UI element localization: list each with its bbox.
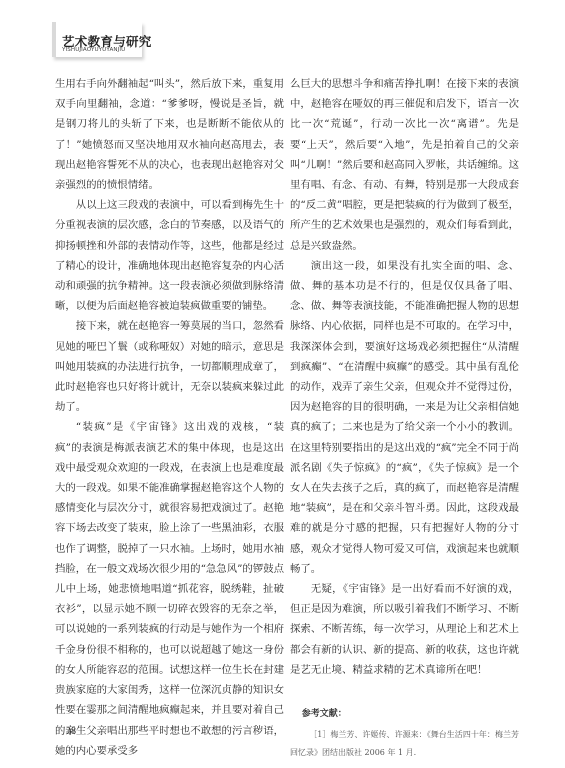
paragraph: “装疯”是《宇宙锋》这出戏的戏核，“装疯”的表演是梅派表演艺术的集中体现，也是这… [55, 417, 284, 760]
paragraph: 演出这一段，如果没有扎实全面的唱、念、做、舞的基本功是不行的，但是仅仅具备了唱、… [290, 256, 519, 579]
paragraph: 接下来，就在赵艳容一筹莫展的当口，忽然看见她的哑巴丫鬟（或称哑奴）对她的暗示，意… [55, 316, 284, 417]
page-number: 38 [66, 726, 76, 737]
right-column: 么巨大的思想斗争和痛苦挣扎啊！在接下来的表演中，赵艳容在哑奴的再三催促和启发下，… [290, 74, 519, 762]
paragraph: 无疑，《宇宙锋》是一出好看而不好演的戏，但正是因为难演，所以吸引着我们不断学习、… [290, 579, 519, 680]
journal-pinyin: YISHUJIAOYUYUYANJIU [62, 47, 125, 53]
journal-header: 艺术教育与研究 YISHUJIAOYUYUYANJIU [52, 22, 142, 57]
paragraph: 从以上这三段戏的表演中，可以看到梅先生十分重视表演的层次感，念白的节奏感，以及语… [55, 195, 284, 316]
paragraph: 生用右手向外翻袖起“叫头”，然后放下来，重复用双手向里翻袖，念道：“爹爹呀，慢说… [55, 74, 284, 195]
paragraph: 么巨大的思想斗争和痛苦挣扎啊！在接下来的表演中，赵艳容在哑奴的再三催促和启发下，… [290, 74, 519, 256]
left-column: 生用右手向外翻袖起“叫头”，然后放下来，重复用双手向里翻袖，念道：“爹爹呀，慢说… [55, 74, 284, 761]
reference-item: ［1］梅兰芳、许姬传、许源来：《舞台生活四十年：梅兰芳回忆录》团结出版社 200… [290, 726, 519, 762]
references-title: 参考文献： [290, 704, 519, 724]
